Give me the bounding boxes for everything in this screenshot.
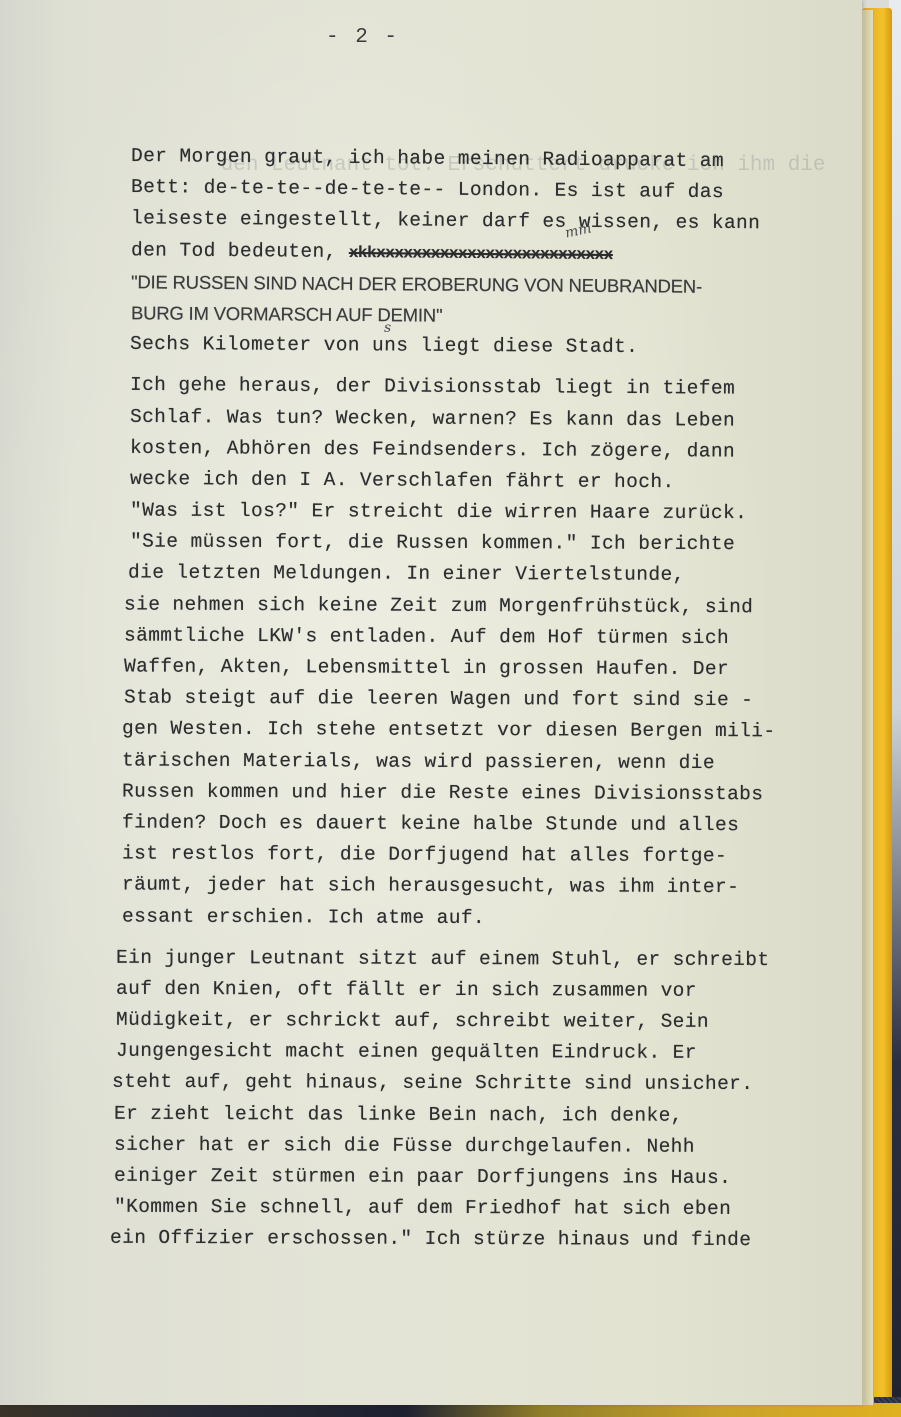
text-line: gen Westen. Ich stehe entsetzt vor diese… (122, 714, 828, 748)
text-line: Ein junger Leutnant sitzt auf einem Stuh… (116, 942, 826, 976)
text-line: finden? Doch es dauert keine halbe Stund… (122, 807, 828, 841)
text-line: Er zieht leicht das linke Bein nach, ich… (114, 1098, 828, 1132)
body-text: Der Morgen graut, ich habe meinen Radioa… (128, 144, 828, 1266)
text-line: Sechs Kilometer von uns liegt diese Stad… (130, 329, 830, 364)
paragraph-2: Ich gehe heraus, der Divisionsstab liegt… (128, 372, 828, 933)
text-line: einiger Zeit stürmen ein paar Dorfjungen… (114, 1161, 828, 1195)
text-line: auf den Knien, oft fällt er in sich zusa… (116, 974, 826, 1008)
text-line: kosten, Abhören des Feindsenders. Ich zö… (130, 433, 830, 468)
text-line: Russen kommen und hier die Reste eines D… (122, 776, 828, 810)
text-line: wecke ich den I A. Verschlafen fährt er … (130, 464, 830, 499)
text-line: ist restlos fort, die Dorfjugend hat all… (122, 839, 828, 873)
text-line: Waffen, Akten, Lebensmittel in grossen H… (124, 651, 830, 685)
text-line: Ich gehe heraus, der Divisionsstab liegt… (130, 370, 830, 405)
text-line-with-strikeout: den Tod bedeuten, xkkxxxxxxxxxxxxxxxxxxx… (131, 235, 831, 272)
page-number: - 2 - (326, 26, 399, 49)
text-line: ein Offizier erschossen." Ich stürze hin… (110, 1223, 828, 1257)
paragraph-1: Der Morgen graut, ich habe meinen Radioa… (128, 144, 828, 362)
text-line: die letzten Meldungen. In einer Viertels… (128, 558, 830, 592)
text-line: "Was ist los?" Er streicht die wirren Ha… (130, 496, 830, 530)
text-line: tärischen Materials, was wird passieren,… (122, 745, 828, 779)
text-line: sie nehmen sich keine Zeit zum Morgenfrü… (124, 589, 830, 623)
text-line: Müdigkeit, er schrickt auf, schreibt wei… (116, 1005, 826, 1039)
text-line: steht auf, geht hinaus, seine Schritte s… (112, 1067, 826, 1101)
struck-out-text: xkkxxxxxxxxxxxxxxxxxxxxxxxxxx (349, 244, 613, 264)
text-line: Schlaf. Was tun? Wecken, warnen? Es kann… (130, 401, 830, 436)
text-line: Stab steigt auf die leeren Wagen und for… (124, 683, 830, 717)
folder-bottom-edge (0, 1403, 901, 1417)
text-fragment: den Tod bedeuten, (131, 239, 349, 263)
text-line: leiseste eingestellt, keiner darf es wis… (131, 204, 831, 241)
text-line: sicher hat er sich die Füsse durchgelauf… (114, 1130, 828, 1164)
photo-scene: den Leutnant tot. Erschüttert drücke ich… (0, 0, 901, 1417)
text-line-caps: BURG IM VORMARSCH AUF DEMIN" (131, 297, 831, 334)
text-line: essant erschien. Ich atme auf. (122, 901, 828, 935)
text-line: "Kommen Sie schnell, auf dem Friedhof ha… (114, 1192, 828, 1226)
paragraph-3: Ein junger Leutnant sitzt auf einem Stuh… (128, 944, 828, 1256)
text-line: Jungengesicht macht einen gequälten Eind… (116, 1036, 826, 1070)
typewritten-page: den Leutnant tot. Erschüttert drücke ich… (0, 0, 862, 1405)
pencil-correction-s: s (384, 320, 391, 336)
text-line: "Sie müssen fort, die Russen kommen." Ic… (130, 527, 830, 561)
text-line: räumt, jeder hat sich herausgesucht, was… (122, 870, 828, 904)
text-line: sämmtliche LKW's entladen. Auf dem Hof t… (124, 620, 830, 654)
